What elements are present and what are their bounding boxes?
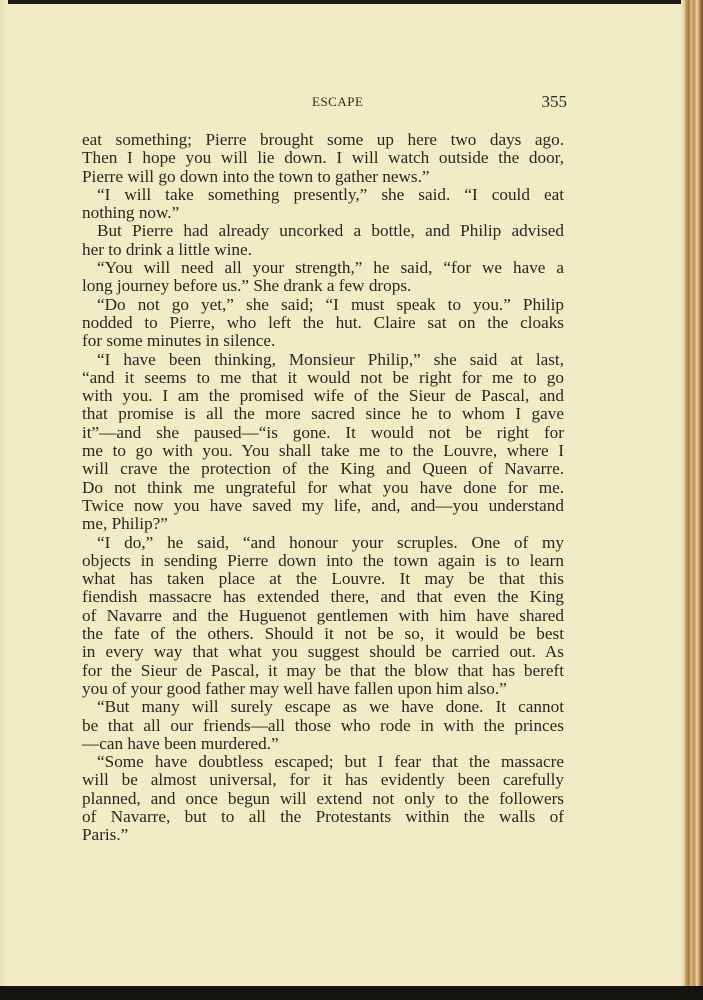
text-line: “Do not go yet,” she said; “I must speak…: [82, 296, 564, 314]
text-line: eat something; Pierre brought some up he…: [82, 131, 564, 149]
text-line: in every way that what you suggest shoul…: [82, 643, 564, 661]
text-line: objects in sending Pierre down into the …: [82, 552, 564, 570]
text-line: of Navarre, but to all the Protestants w…: [82, 808, 564, 826]
text-line: fiendish massacre has extended there, an…: [82, 588, 564, 606]
text-line: “I do,” he said, “and honour your scrupl…: [82, 534, 564, 552]
text-line: will be almost universal, for it has evi…: [82, 771, 564, 789]
text-line: nodded to Pierre, who left the hut. Clai…: [82, 314, 564, 332]
text-line: Paris.”: [82, 826, 564, 844]
text-line: you of your good father may well have fa…: [82, 680, 564, 698]
text-line: what has taken place at the Louvre. It m…: [82, 570, 564, 588]
page-gutter-shade: [0, 0, 8, 986]
text-line: for some minutes in silence.: [82, 332, 564, 350]
page-number: 355: [542, 92, 568, 112]
text-line: for the Sieur de Pascal, it may be that …: [82, 662, 564, 680]
text-line: —can have been murdered.”: [82, 735, 564, 753]
text-line: of Navarre and the Huguenot gentlemen wi…: [82, 607, 564, 625]
text-line: Twice now you have saved my life, and, a…: [82, 497, 564, 515]
page-top-edge: [0, 0, 703, 4]
text-line: long journey before us.” She drank a few…: [82, 277, 564, 295]
running-head: ESCAPE: [312, 94, 363, 110]
text-line: “and it seems to me that it would not be…: [82, 369, 564, 387]
page-header: ESCAPE 355: [82, 92, 567, 114]
text-line: planned, and once begun will extend not …: [82, 790, 564, 808]
text-line: that promise is all the more sacred sinc…: [82, 405, 564, 423]
text-line: the fate of the others. Should it not be…: [82, 625, 564, 643]
book-page-edges: [681, 0, 703, 1000]
text-line: But Pierre had already uncorked a bottle…: [82, 222, 564, 240]
text-line: Pierre will go down into the town to gat…: [82, 168, 564, 186]
text-line: her to drink a little wine.: [82, 241, 564, 259]
text-line: nothing now.”: [82, 204, 564, 222]
text-line: with you. I am the promised wife of the …: [82, 387, 564, 405]
text-line: Do not think me ungrateful for what you …: [82, 479, 564, 497]
text-line: me to go with you. You shall take me to …: [82, 442, 564, 460]
text-line: “But many will surely escape as we have …: [82, 698, 564, 716]
text-line: will crave the protection of the King an…: [82, 460, 564, 478]
text-line: me, Philip?”: [82, 515, 564, 533]
page-bottom-edge: [0, 986, 703, 1000]
text-line: be that all our friends—all those who ro…: [82, 717, 564, 735]
text-line: Then I hope you will lie down. I will wa…: [82, 149, 564, 167]
body-text: eat something; Pierre brought some up he…: [82, 131, 564, 845]
text-line: “I have been thinking, Monsieur Philip,”…: [82, 351, 564, 369]
text-line: “I will take something presently,” she s…: [82, 186, 564, 204]
text-line: “You will need all your strength,” he sa…: [82, 259, 564, 277]
text-line: “Some have doubtless escaped; but I fear…: [82, 753, 564, 771]
text-line: it”—and she paused—“is gone. It would no…: [82, 424, 564, 442]
